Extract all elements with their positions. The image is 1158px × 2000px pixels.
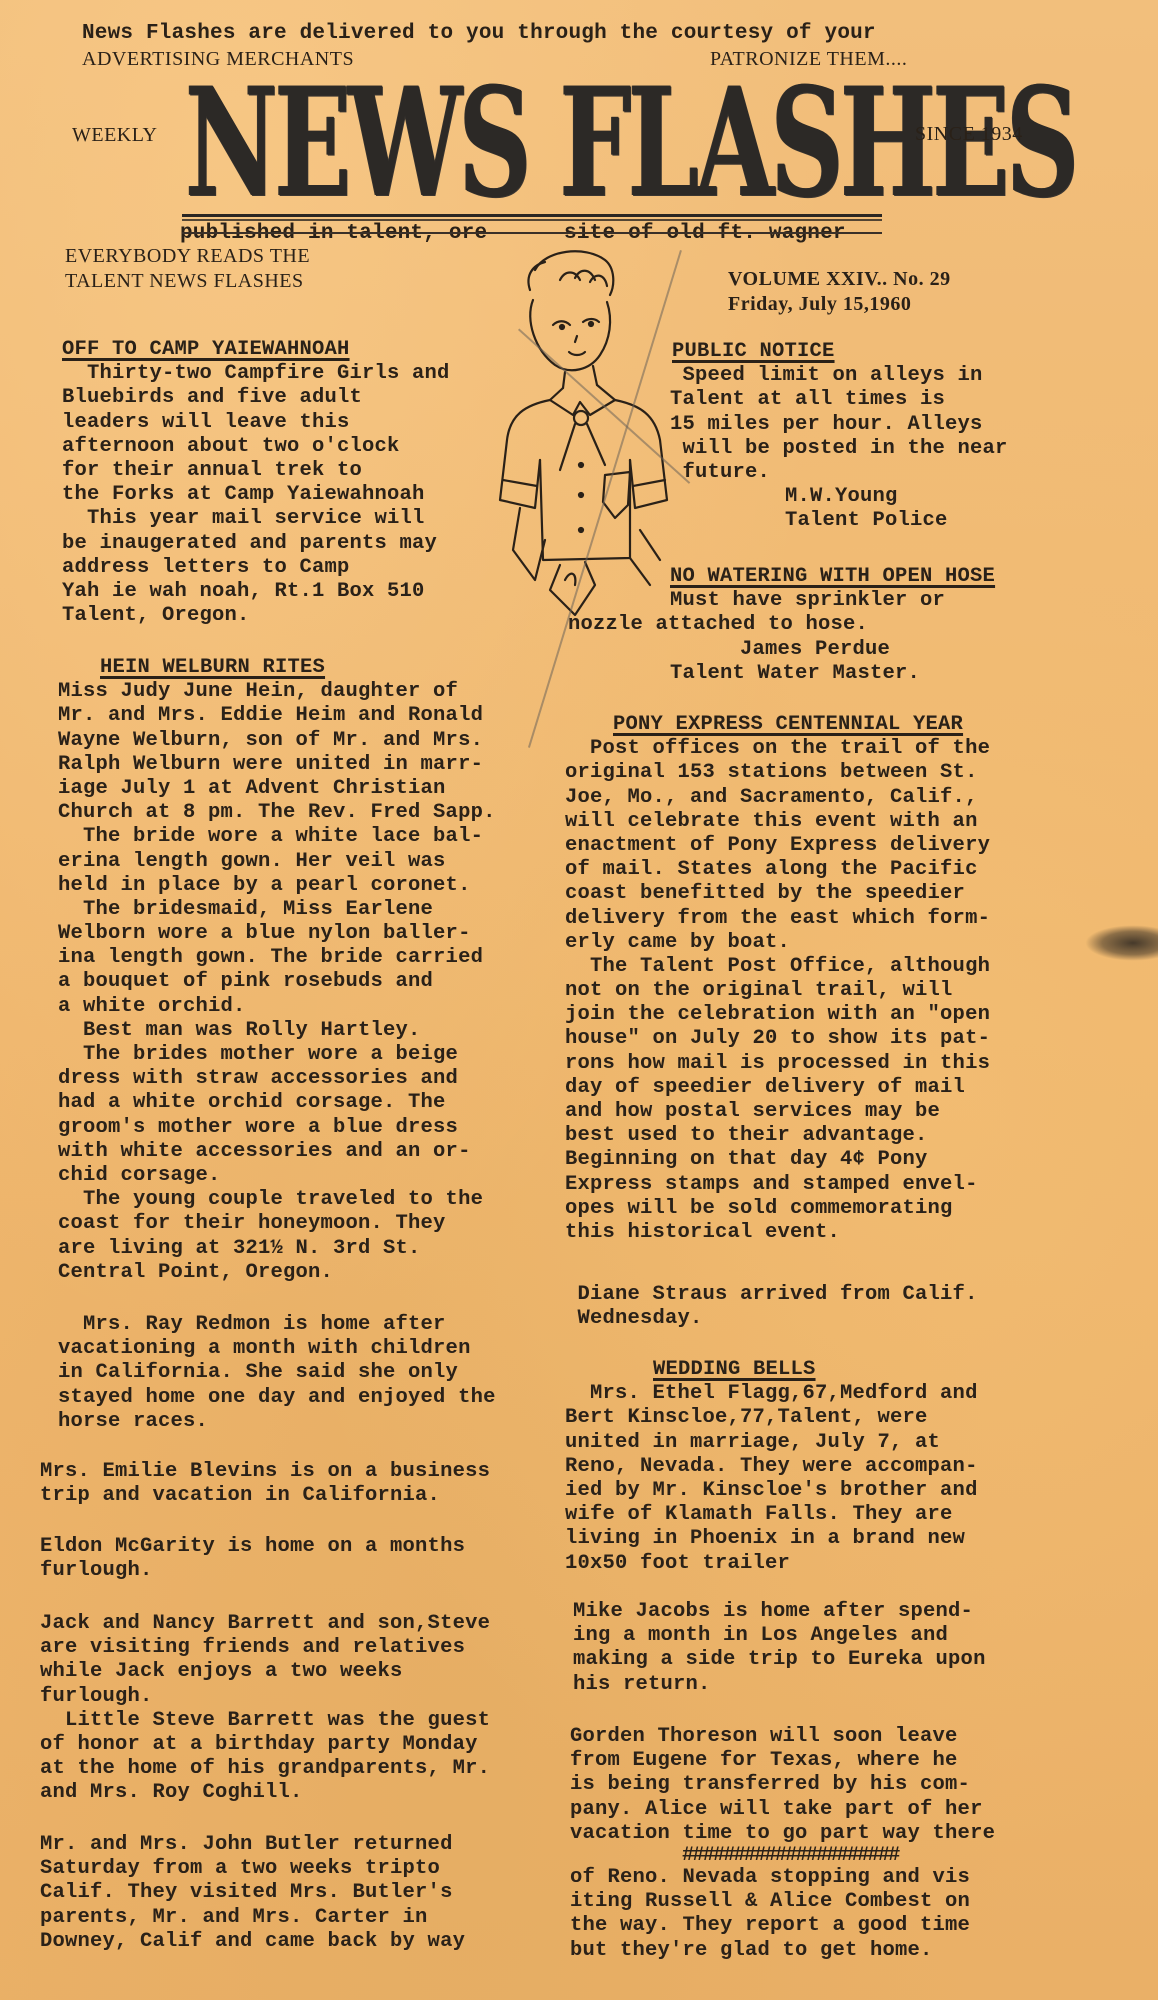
masthead-rule-bottom [182,219,882,221]
article-camp-yaiewahnoah: OFF TO CAMP YAIEWAHNOAH Thirty-two Campf… [62,338,450,628]
hash-strike-line: ##################### [570,1846,995,1866]
article-public-notice: PUBLIC NOTICE Speed limit on alleys in T… [670,340,1008,534]
masthead-rule-top [182,214,882,217]
article-gorden-thoreson: Gorden Thoreson will soon leave from Eug… [570,1725,995,1963]
article-mike-jacobs: Mike Jacobs is home after spend- ing a m… [573,1600,986,1697]
article-wedding-bells: WEDDING BELLS Mrs. Ethel Flagg,67,Medfor… [565,1358,978,1576]
volume-number: VOLUME XXIV.. No. 29 [728,268,951,291]
subtitle-strike-line [182,232,882,234]
masthead-title: NEWS FLASHES [185,72,661,214]
article-heading: OFF TO CAMP YAIEWAHNOAH [62,338,450,362]
since-label: SINCE 1934 [915,123,1023,146]
article-no-watering: NO WATERING WITH OPEN HOSE Must have spr… [670,565,995,686]
tagline-line-1: EVERYBODY READS THE [65,245,310,268]
campfire-girl-illustration-icon [465,240,685,620]
article-barrett: Jack and Nancy Barrett and son,Steve are… [40,1612,490,1806]
article-butler: Mr. and Mrs. John Butler returned Saturd… [40,1833,465,1954]
article-heading: PUBLIC NOTICE [670,340,1008,364]
article-body: Speed limit on alleys in Talent at all t… [670,364,1008,485]
article-hein-welburn-rites: HEIN WELBURN RITES Miss Judy June Hein, … [58,656,496,1285]
courtesy-line: News Flashes are delivered to you throug… [82,22,876,46]
signature-title: Talent Water Master. [670,662,995,686]
signature-title: Talent Police [670,509,1008,533]
signature-name: M.W.Young [670,485,1008,509]
article-body: Must have sprinkler or nozzle attached t… [670,589,995,637]
article-heading: WEDDING BELLS [565,1358,978,1382]
signature-name: James Perdue [670,638,995,662]
article-body: Miss Judy June Hein, daughter of Mr. and… [58,680,496,1285]
article-body: Thirty-two Campfire Girls and Bluebirds … [62,362,450,628]
article-heading: HEIN WELBURN RITES [58,656,496,680]
article-pony-express: PONY EXPRESS CENTENNIAL YEAR Post office… [565,713,990,1245]
article-heading: NO WATERING WITH OPEN HOSE [670,565,995,589]
article-blevins: Mrs. Emilie Blevins is on a business tri… [40,1460,490,1508]
article-diane-straus: Diane Straus arrived from Calif. Wednesd… [565,1283,978,1331]
article-body: Mrs. Ethel Flagg,67,Medford and Bert Kin… [565,1382,978,1576]
ink-smudge [1085,925,1158,961]
issue-date: Friday, July 15,1960 [728,293,911,316]
article-mcgarity: Eldon McGarity is home on a months furlo… [40,1535,465,1583]
article-body: Post offices on the trail of the origina… [565,737,990,1245]
article-redmon: Mrs. Ray Redmon is home after vacationin… [58,1313,496,1434]
weekly-label: WEEKLY [72,124,157,147]
article-heading: PONY EXPRESS CENTENNIAL YEAR [565,713,990,737]
tagline-line-2: TALENT NEWS FLASHES [65,270,304,293]
